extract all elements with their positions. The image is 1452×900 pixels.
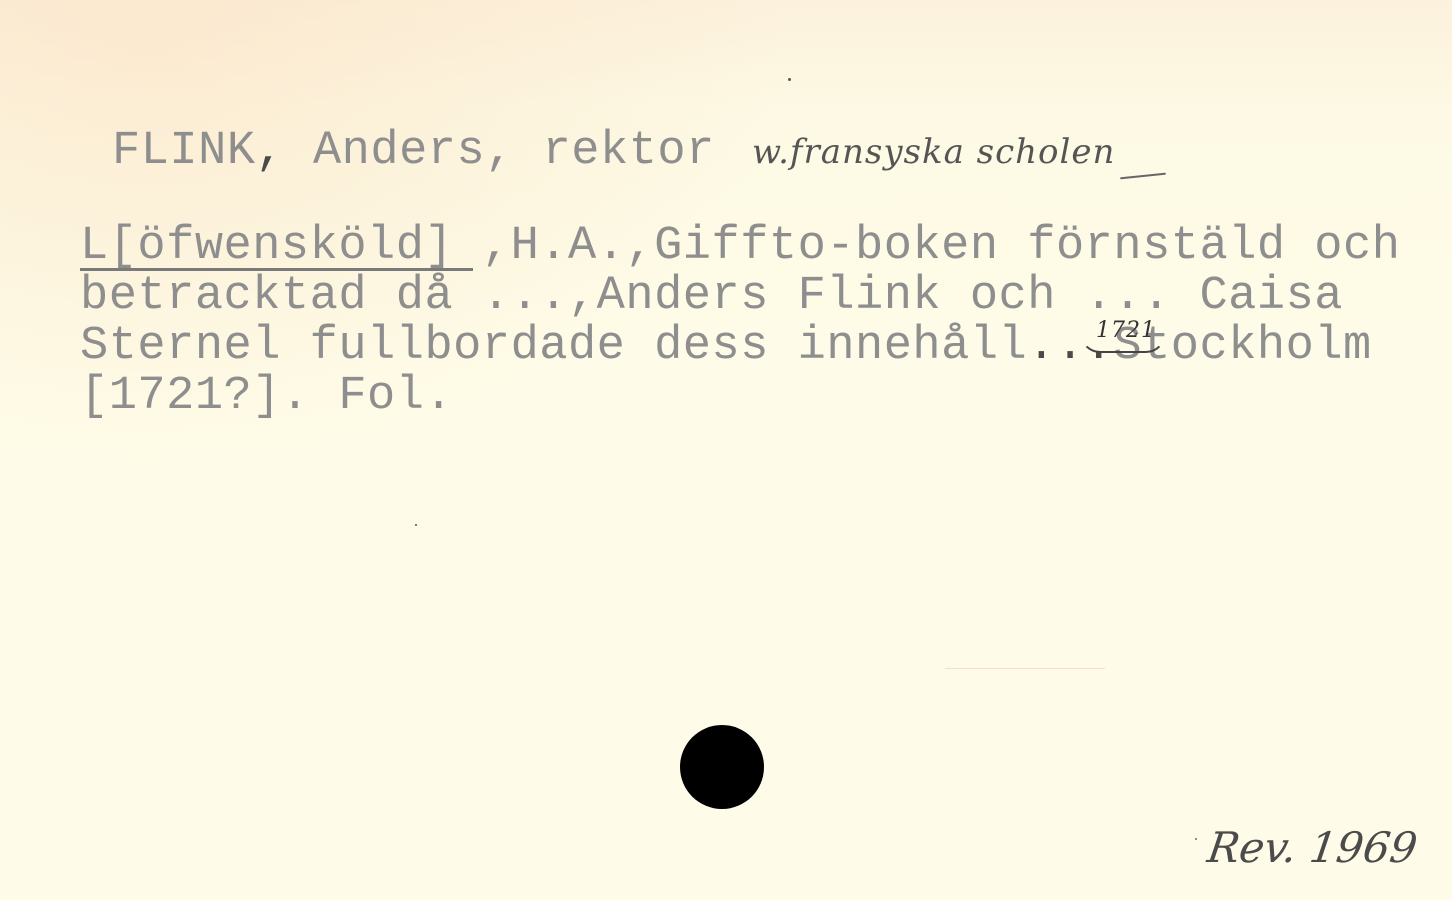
heading-surname: FLINK <box>112 125 256 178</box>
author-bracketed: L[öfwensköld] <box>80 220 453 273</box>
ink-speck <box>788 78 791 81</box>
heading-separator: , <box>256 125 313 178</box>
revision-note: Rev. 1969 <box>1204 818 1421 878</box>
insert-caret-mark <box>1080 333 1166 353</box>
entry-line-1-rest: ,H.A.,Giffto-boken förnstäld och <box>453 220 1400 273</box>
entry-line-1: L[öfwensköld] ,H.A.,Giffto-boken förnstä… <box>80 222 1400 272</box>
ink-speck <box>1195 838 1197 840</box>
entry-line-3: Sternel fullbordade dess innehåll...Stoc… <box>80 322 1372 372</box>
entry-line-3-before: Sternel fullbordade dess innehåll <box>80 320 1027 373</box>
catalog-card: FLINK, Anders, rektor w.fransyska schole… <box>0 0 1452 900</box>
entry-line-4: [1721?]. Fol. <box>80 372 453 422</box>
punch-hole <box>680 725 764 809</box>
entry-line-2: betracktad då ...,Anders Flink och ... C… <box>80 272 1343 322</box>
faint-pencil-arrow <box>945 668 1105 669</box>
handwritten-underline <box>1120 173 1166 180</box>
heading-rest: Anders, rektor <box>313 125 715 178</box>
heading-handwritten-addition: w.fransyska scholen <box>752 130 1115 174</box>
card-heading: FLINK, Anders, rektor <box>112 124 715 180</box>
ink-speck <box>415 524 417 526</box>
